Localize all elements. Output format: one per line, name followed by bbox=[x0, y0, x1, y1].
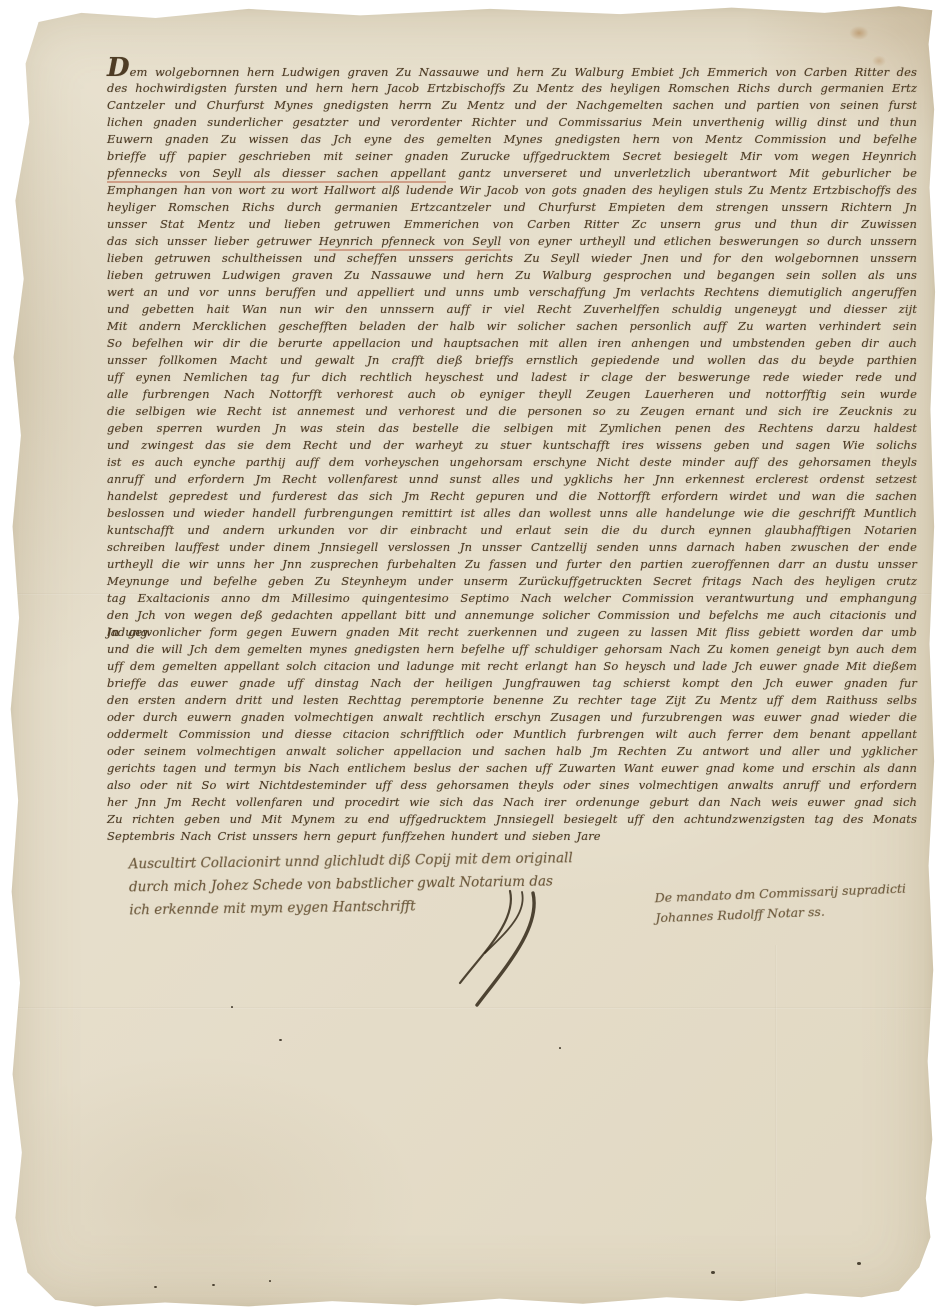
manuscript-line: also oder nit So wirt Nichtdesteminder u… bbox=[107, 777, 917, 794]
manuscript-line: und gebetten hait Wan nun wir den unnsse… bbox=[107, 301, 917, 318]
manuscript-line: lieben getruwen Ludwigen graven Zu Nassa… bbox=[107, 267, 917, 284]
manuscript-line: Zu richten geben und Mit Mynem zu end uf… bbox=[107, 811, 917, 828]
ink-speck bbox=[559, 1047, 561, 1049]
manuscript-body: Dem wolgebornnen hern Ludwigen graven Zu… bbox=[107, 63, 917, 845]
fold-crease-vertical bbox=[775, 945, 777, 1309]
manuscript-line: uff dem gemelten appellant solch citacio… bbox=[107, 658, 917, 675]
manuscript-line: urtheyll die wir unns her Jnn zusprechen… bbox=[107, 556, 917, 573]
manuscript-line: Meynunge und befelhe geben Zu Steynheym … bbox=[107, 573, 917, 590]
manuscript-line: wert an und vor unns beruffen und appell… bbox=[107, 284, 917, 301]
manuscript-line: und zwingest das sie dem Recht und der w… bbox=[107, 437, 917, 454]
manuscript-line: heyliger Romschen Richs durch germanien … bbox=[107, 199, 917, 216]
manuscript-line: pfennecks von Seyll als diesser sachen a… bbox=[107, 165, 917, 182]
manuscript-line: Septembris Nach Crist unssers hern gepur… bbox=[107, 828, 917, 845]
manuscript-line: Dem wolgebornnen hern Ludwigen graven Zu… bbox=[107, 63, 917, 80]
manuscript-line: Euwern gnaden Zu wissen das Jch eyne des… bbox=[107, 131, 917, 148]
manuscript-line: oder seinem volmechtigen anwalt solicher… bbox=[107, 743, 917, 760]
ink-speck bbox=[711, 1271, 715, 1274]
manuscript-line: anruff und erfordern Jm Recht vollenfare… bbox=[107, 471, 917, 488]
manuscript-line: die selbigen wie Recht ist annemest und … bbox=[107, 403, 917, 420]
manuscript-line: den ersten andern dritt und lesten Recht… bbox=[107, 692, 917, 709]
manuscript-line: Jn gewonlicher form gegen Euwern gnaden … bbox=[107, 624, 917, 641]
ink-speck bbox=[154, 1286, 157, 1288]
manuscript-line: oddermelt Commission und diesse citacion… bbox=[107, 726, 917, 743]
manuscript-line: schreiben lauffest under dinem Jnnsiegel… bbox=[107, 539, 917, 556]
manuscript-line: geben sperren wurden Jn was stein das be… bbox=[107, 420, 917, 437]
manuscript-line: Cantzeler und Churfurst Mynes gnedigsten… bbox=[107, 97, 917, 114]
manuscript-line: Mit andern Mercklichen geschefften belad… bbox=[107, 318, 917, 335]
manuscript-line: unsser follkomen Macht und gewalt Jn cra… bbox=[107, 352, 917, 369]
ink-speck bbox=[279, 1039, 282, 1041]
fold-crease-horizontal bbox=[7, 1007, 936, 1009]
notary-attestation: Auscultirt Collacionirt unnd glichludt d… bbox=[129, 847, 620, 923]
red-underline-mark: pfennecks von Seyll als diesser sachen a… bbox=[107, 166, 446, 183]
ink-speck bbox=[857, 1262, 861, 1265]
ink-speck bbox=[231, 1006, 233, 1008]
ink-speck bbox=[269, 1280, 271, 1282]
manuscript-line: brieffe das euwer gnade uff dinstag Nach… bbox=[107, 675, 917, 692]
commissary-signature: De mandato dm Commissarij supradicti Joh… bbox=[654, 878, 930, 929]
manuscript-line: und die will Jch dem gemelten mynes gned… bbox=[107, 641, 917, 658]
manuscript-line: des hochwirdigsten fursten und hern hern… bbox=[107, 80, 917, 97]
manuscript-line: alle furbrengen Nach Nottorfft verhorest… bbox=[107, 386, 917, 403]
ink-speck bbox=[212, 1284, 215, 1286]
manuscript-line: tag Exaltacionis anno dm Millesimo quing… bbox=[107, 590, 917, 607]
manuscript-line: ist es auch eynche parthij auff dem vorh… bbox=[107, 454, 917, 471]
manuscript-line: oder durch euwern gnaden volmechtigen an… bbox=[107, 709, 917, 726]
red-underline-mark: Heynrich pfenneck von Seyll bbox=[319, 234, 501, 251]
manuscript-line: brieffe uff papier geschrieben mit seine… bbox=[107, 148, 917, 165]
manuscript-line: gerichts tagen und termyn bis Nach entli… bbox=[107, 760, 917, 777]
manuscript-line: So befelhen wir dir die berurte appellac… bbox=[107, 335, 917, 352]
manuscript-line: handelst gepredest und furderest das sic… bbox=[107, 488, 917, 505]
manuscript-line: beslossen und wieder handell furbrengung… bbox=[107, 505, 917, 522]
manuscript-line: unsser Stat Mentz und lieben getruwen Em… bbox=[107, 216, 917, 233]
manuscript-line: uff eynen Nemlichen tag fur dich rechtli… bbox=[107, 369, 917, 386]
manuscript-page: Dem wolgebornnen hern Ludwigen graven Zu… bbox=[7, 5, 936, 1309]
photo-background: Dem wolgebornnen hern Ludwigen graven Zu… bbox=[0, 0, 940, 1314]
manuscript-line: das sich unsser lieber getruwer Heynrich… bbox=[107, 233, 917, 250]
manuscript-line: Emphangen han von wort zu wort Hallwort … bbox=[107, 182, 917, 199]
manuscript-line: kuntschafft und andern urkunden vor dir … bbox=[107, 522, 917, 539]
manuscript-line: her Jnn Jm Recht vollenfaren und procedi… bbox=[107, 794, 917, 811]
manuscript-line: den Jch von wegen deß gedachten appellan… bbox=[107, 607, 917, 624]
manuscript-line: lieben getruwen schultheissen und scheff… bbox=[107, 250, 917, 267]
manuscript-line: lichen gnaden sunderlicher gesatzter und… bbox=[107, 114, 917, 131]
